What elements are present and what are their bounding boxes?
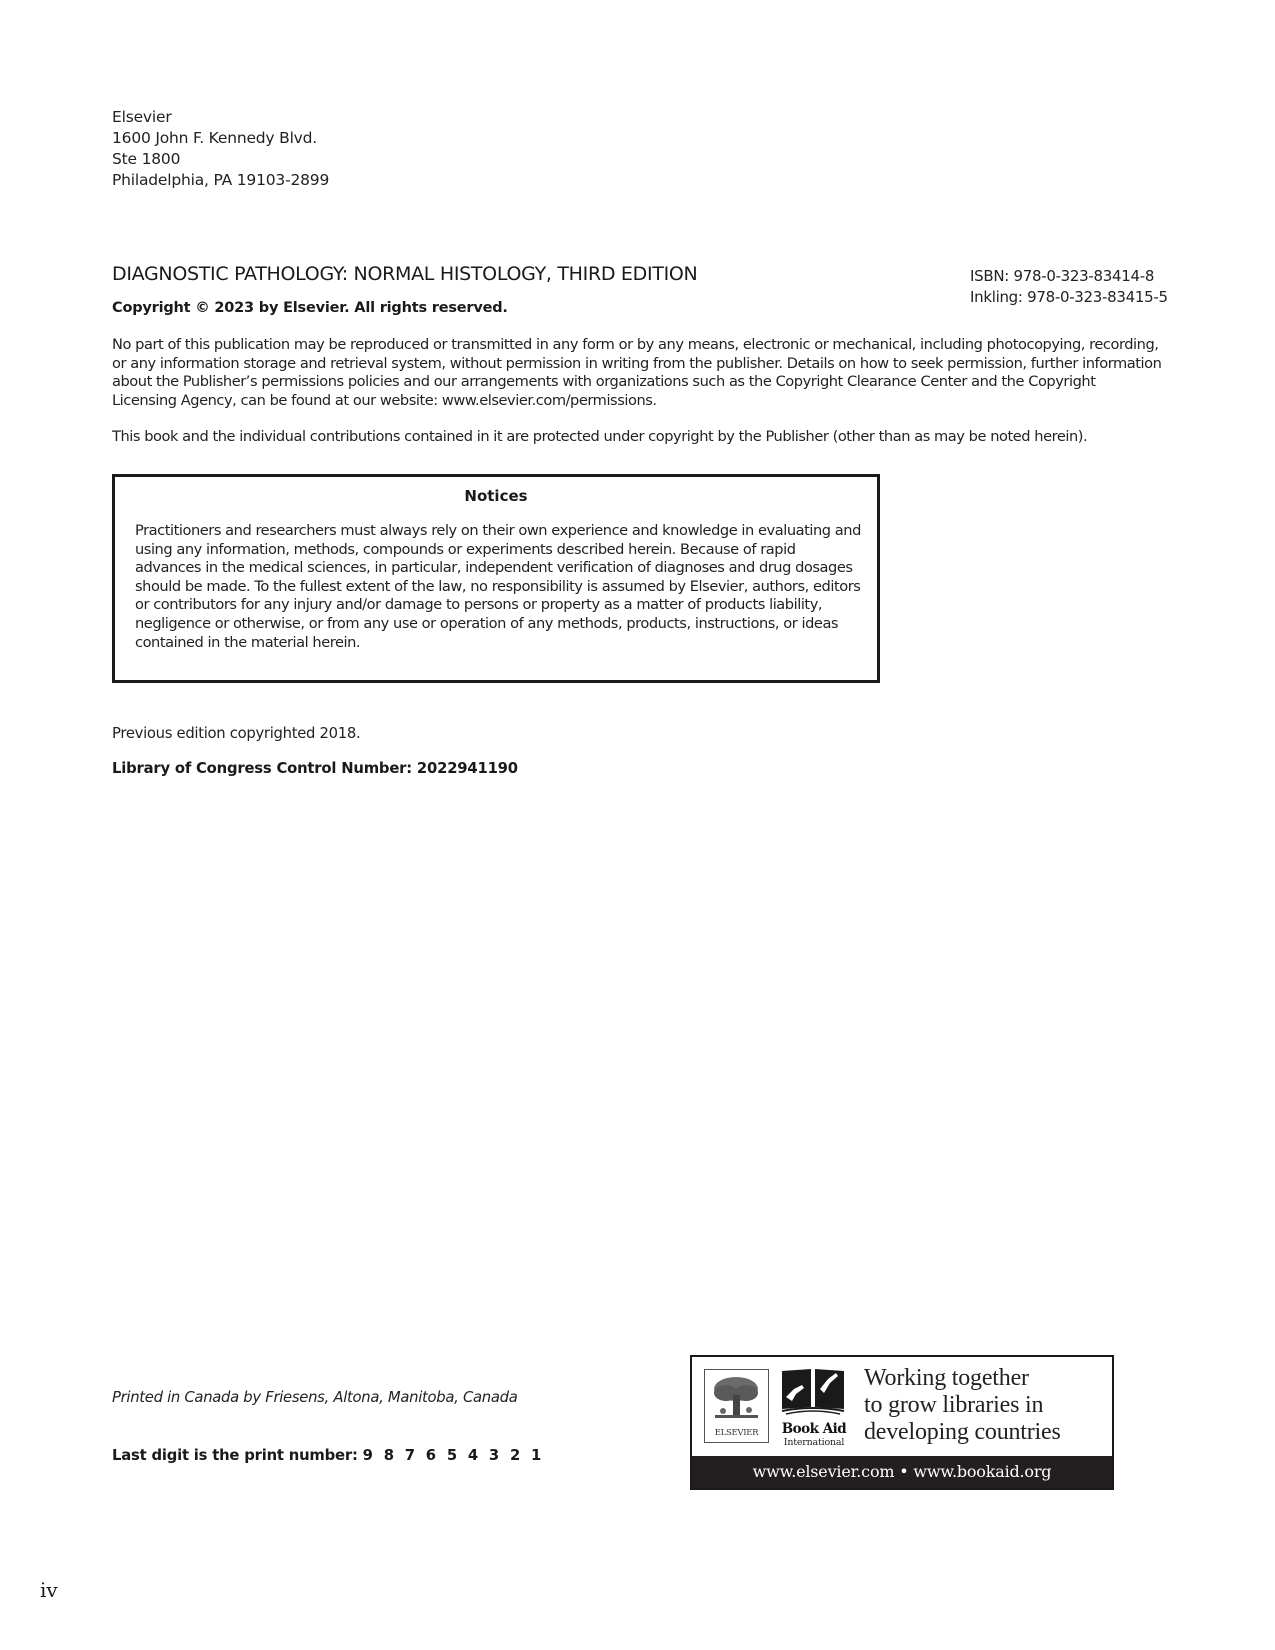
address-line-suite: Ste 1800 <box>112 149 329 170</box>
notices-body: Practitioners and researchers must alway… <box>135 522 865 652</box>
publisher-address: Elsevier 1600 John F. Kennedy Blvd. Ste … <box>112 107 329 191</box>
address-line-street: 1600 John F. Kennedy Blvd. <box>112 128 329 149</box>
elsevier-logo: ELSEVIER <box>704 1369 769 1443</box>
slogan-line-1: Working together <box>864 1365 1061 1392</box>
promo-top: ELSEVIER Book Aid International Working … <box>692 1357 1112 1456</box>
isbn: ISBN: 978-0-323-83414-8 <box>970 266 1168 287</box>
book-title: DIAGNOSTIC PATHOLOGY: NORMAL HISTOLOGY, … <box>112 263 697 285</box>
notices-box: Notices Practitioners and researchers mu… <box>112 474 880 683</box>
copyright-line: Copyright © 2023 by Elsevier. All rights… <box>112 300 508 316</box>
protection-paragraph: This book and the individual contributio… <box>112 428 1162 447</box>
print-number-digits: 9 8 7 6 5 4 3 2 1 <box>363 1447 541 1464</box>
rights-paragraph: No part of this publication may be repro… <box>112 336 1162 410</box>
promo-slogan: Working together to grow libraries in de… <box>864 1365 1061 1446</box>
address-line-name: Elsevier <box>112 107 329 128</box>
slogan-line-2: to grow libraries in <box>864 1392 1061 1419</box>
promo-urls: www.elsevier.com • www.bookaid.org <box>692 1456 1112 1488</box>
address-line-city: Philadelphia, PA 19103-2899 <box>112 170 329 191</box>
book-aid-logo: Book Aid International <box>778 1367 848 1447</box>
open-book-hands-icon <box>780 1367 846 1415</box>
isbn-block: ISBN: 978-0-323-83414-8 Inkling: 978-0-3… <box>970 266 1168 308</box>
elsevier-logo-text: ELSEVIER <box>705 1428 768 1438</box>
print-number-label: Last digit is the print number: <box>112 1447 358 1464</box>
inkling-isbn: Inkling: 978-0-323-83415-5 <box>970 287 1168 308</box>
print-number-line: Last digit is the print number: 9 8 7 6 … <box>112 1447 541 1464</box>
notices-title: Notices <box>115 487 877 505</box>
lccn: Library of Congress Control Number: 2022… <box>112 760 518 777</box>
book-aid-name: Book Aid <box>778 1421 850 1437</box>
book-aid-promo: ELSEVIER Book Aid International Working … <box>690 1355 1114 1490</box>
page-number: iv <box>40 1578 58 1602</box>
elsevier-tree-icon <box>711 1375 762 1421</box>
book-aid-subtitle: International <box>778 1437 850 1448</box>
printed-in: Printed in Canada by Friesens, Altona, M… <box>112 1389 517 1406</box>
previous-edition: Previous edition copyrighted 2018. <box>112 725 360 742</box>
slogan-line-3: developing countries <box>864 1419 1061 1446</box>
